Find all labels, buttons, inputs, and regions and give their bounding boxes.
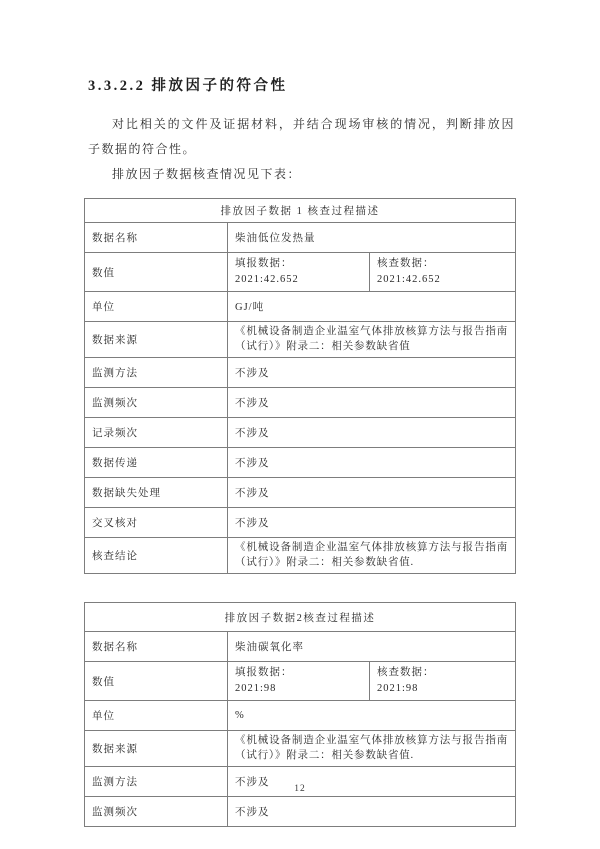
document-page: 3.3.2.2 排放因子的符合性 对比相关的文件及证据材料，并结合现场审核的情况… [0, 0, 600, 849]
verified-data-label: 核查数据： [377, 665, 508, 681]
row-value: 《机械设备制造企业温室气体排放核算方法与报告指南（试行）》附录二：相关参数缺省值… [228, 538, 516, 574]
row-label: 监测方法 [85, 358, 228, 388]
verified-data-label: 核查数据： [377, 256, 508, 272]
table-title: 排放因子数据 1 核查过程描述 [85, 199, 516, 223]
table-row: 监测频次 不涉及 [85, 797, 516, 827]
emission-factor-table-1: 排放因子数据 1 核查过程描述 数据名称 柴油低位发热量 数值 填报数据： 20… [84, 198, 516, 574]
row-label: 监测频次 [85, 388, 228, 418]
reported-data-value: 2021:42.652 [235, 272, 362, 288]
table-row: 数据来源 《机械设备制造企业温室气体排放核算方法与报告指南（试行）》附录二：相关… [85, 731, 516, 767]
row-label: 数值 [85, 253, 228, 292]
row-label: 数据来源 [85, 322, 228, 358]
table-row: 记录频次 不涉及 [85, 418, 516, 448]
verified-data-value: 2021:42.652 [377, 272, 508, 288]
row-label: 单位 [85, 292, 228, 322]
table-row: 监测方法 不涉及 [85, 358, 516, 388]
row-label: 数据名称 [85, 223, 228, 253]
reported-data-label: 填报数据： [235, 256, 362, 272]
table-row: 数据名称 柴油碳氧化率 [85, 632, 516, 662]
row-value: 不涉及 [228, 448, 516, 478]
table-row: 数据名称 柴油低位发热量 [85, 223, 516, 253]
row-label: 核查结论 [85, 538, 228, 574]
row-label: 单位 [85, 701, 228, 731]
intro-paragraph: 对比相关的文件及证据材料，并结合现场审核的情况，判断排放因子数据的符合性。 [88, 112, 515, 162]
verified-data-cell: 核查数据： 2021:98 [370, 662, 516, 701]
table-title: 排放因子数据2核查过程描述 [85, 603, 516, 632]
row-value: 不涉及 [228, 508, 516, 538]
row-value: 《机械设备制造企业温室气体排放核算方法与报告指南（试行）》附录二：相关参数缺省值 [228, 322, 516, 358]
verified-data-cell: 核查数据： 2021:42.652 [370, 253, 516, 292]
row-value: 《机械设备制造企业温室气体排放核算方法与报告指南（试行）》附录二：相关参数缺省值… [228, 731, 516, 767]
table-row: 核查结论 《机械设备制造企业温室气体排放核算方法与报告指南（试行）》附录二：相关… [85, 538, 516, 574]
row-value: 不涉及 [228, 388, 516, 418]
row-label: 数据名称 [85, 632, 228, 662]
reported-data-label: 填报数据： [235, 665, 362, 681]
table-row: 数据缺失处理 不涉及 [85, 478, 516, 508]
row-value: 不涉及 [228, 478, 516, 508]
table-title-row: 排放因子数据 1 核查过程描述 [85, 199, 516, 223]
table-row: 数据传递 不涉及 [85, 448, 516, 478]
section-heading: 3.3.2.2 排放因子的符合性 [88, 76, 515, 96]
reported-data-cell: 填报数据： 2021:42.652 [228, 253, 370, 292]
row-value: 不涉及 [228, 797, 516, 827]
row-label: 记录频次 [85, 418, 228, 448]
table-row: 单位 GJ/吨 [85, 292, 516, 322]
table-row: 交叉核对 不涉及 [85, 508, 516, 538]
row-value: % [228, 701, 516, 731]
reported-data-value: 2021:98 [235, 681, 362, 697]
row-label: 数据缺失处理 [85, 478, 228, 508]
row-value: GJ/吨 [228, 292, 516, 322]
row-value: 柴油低位发热量 [228, 223, 516, 253]
verified-data-value: 2021:98 [377, 681, 508, 697]
table-row: 数值 填报数据： 2021:42.652 核查数据： 2021:42.652 [85, 253, 516, 292]
row-value: 不涉及 [228, 358, 516, 388]
row-value: 柴油碳氧化率 [228, 632, 516, 662]
table-intro-line: 排放因子数据核查情况见下表： [88, 163, 515, 185]
table-row: 监测频次 不涉及 [85, 388, 516, 418]
row-label: 数据传递 [85, 448, 228, 478]
row-label: 数据来源 [85, 731, 228, 767]
row-label: 监测频次 [85, 797, 228, 827]
table-row: 单位 % [85, 701, 516, 731]
row-label: 交叉核对 [85, 508, 228, 538]
table-spacer [84, 574, 515, 602]
table-row: 数据来源 《机械设备制造企业温室气体排放核算方法与报告指南（试行）》附录二：相关… [85, 322, 516, 358]
row-label: 数值 [85, 662, 228, 701]
reported-data-cell: 填报数据： 2021:98 [228, 662, 370, 701]
table-title-row: 排放因子数据2核查过程描述 [85, 603, 516, 632]
row-value: 不涉及 [228, 418, 516, 448]
table-row: 数值 填报数据： 2021:98 核查数据： 2021:98 [85, 662, 516, 701]
page-number: 12 [0, 784, 600, 794]
